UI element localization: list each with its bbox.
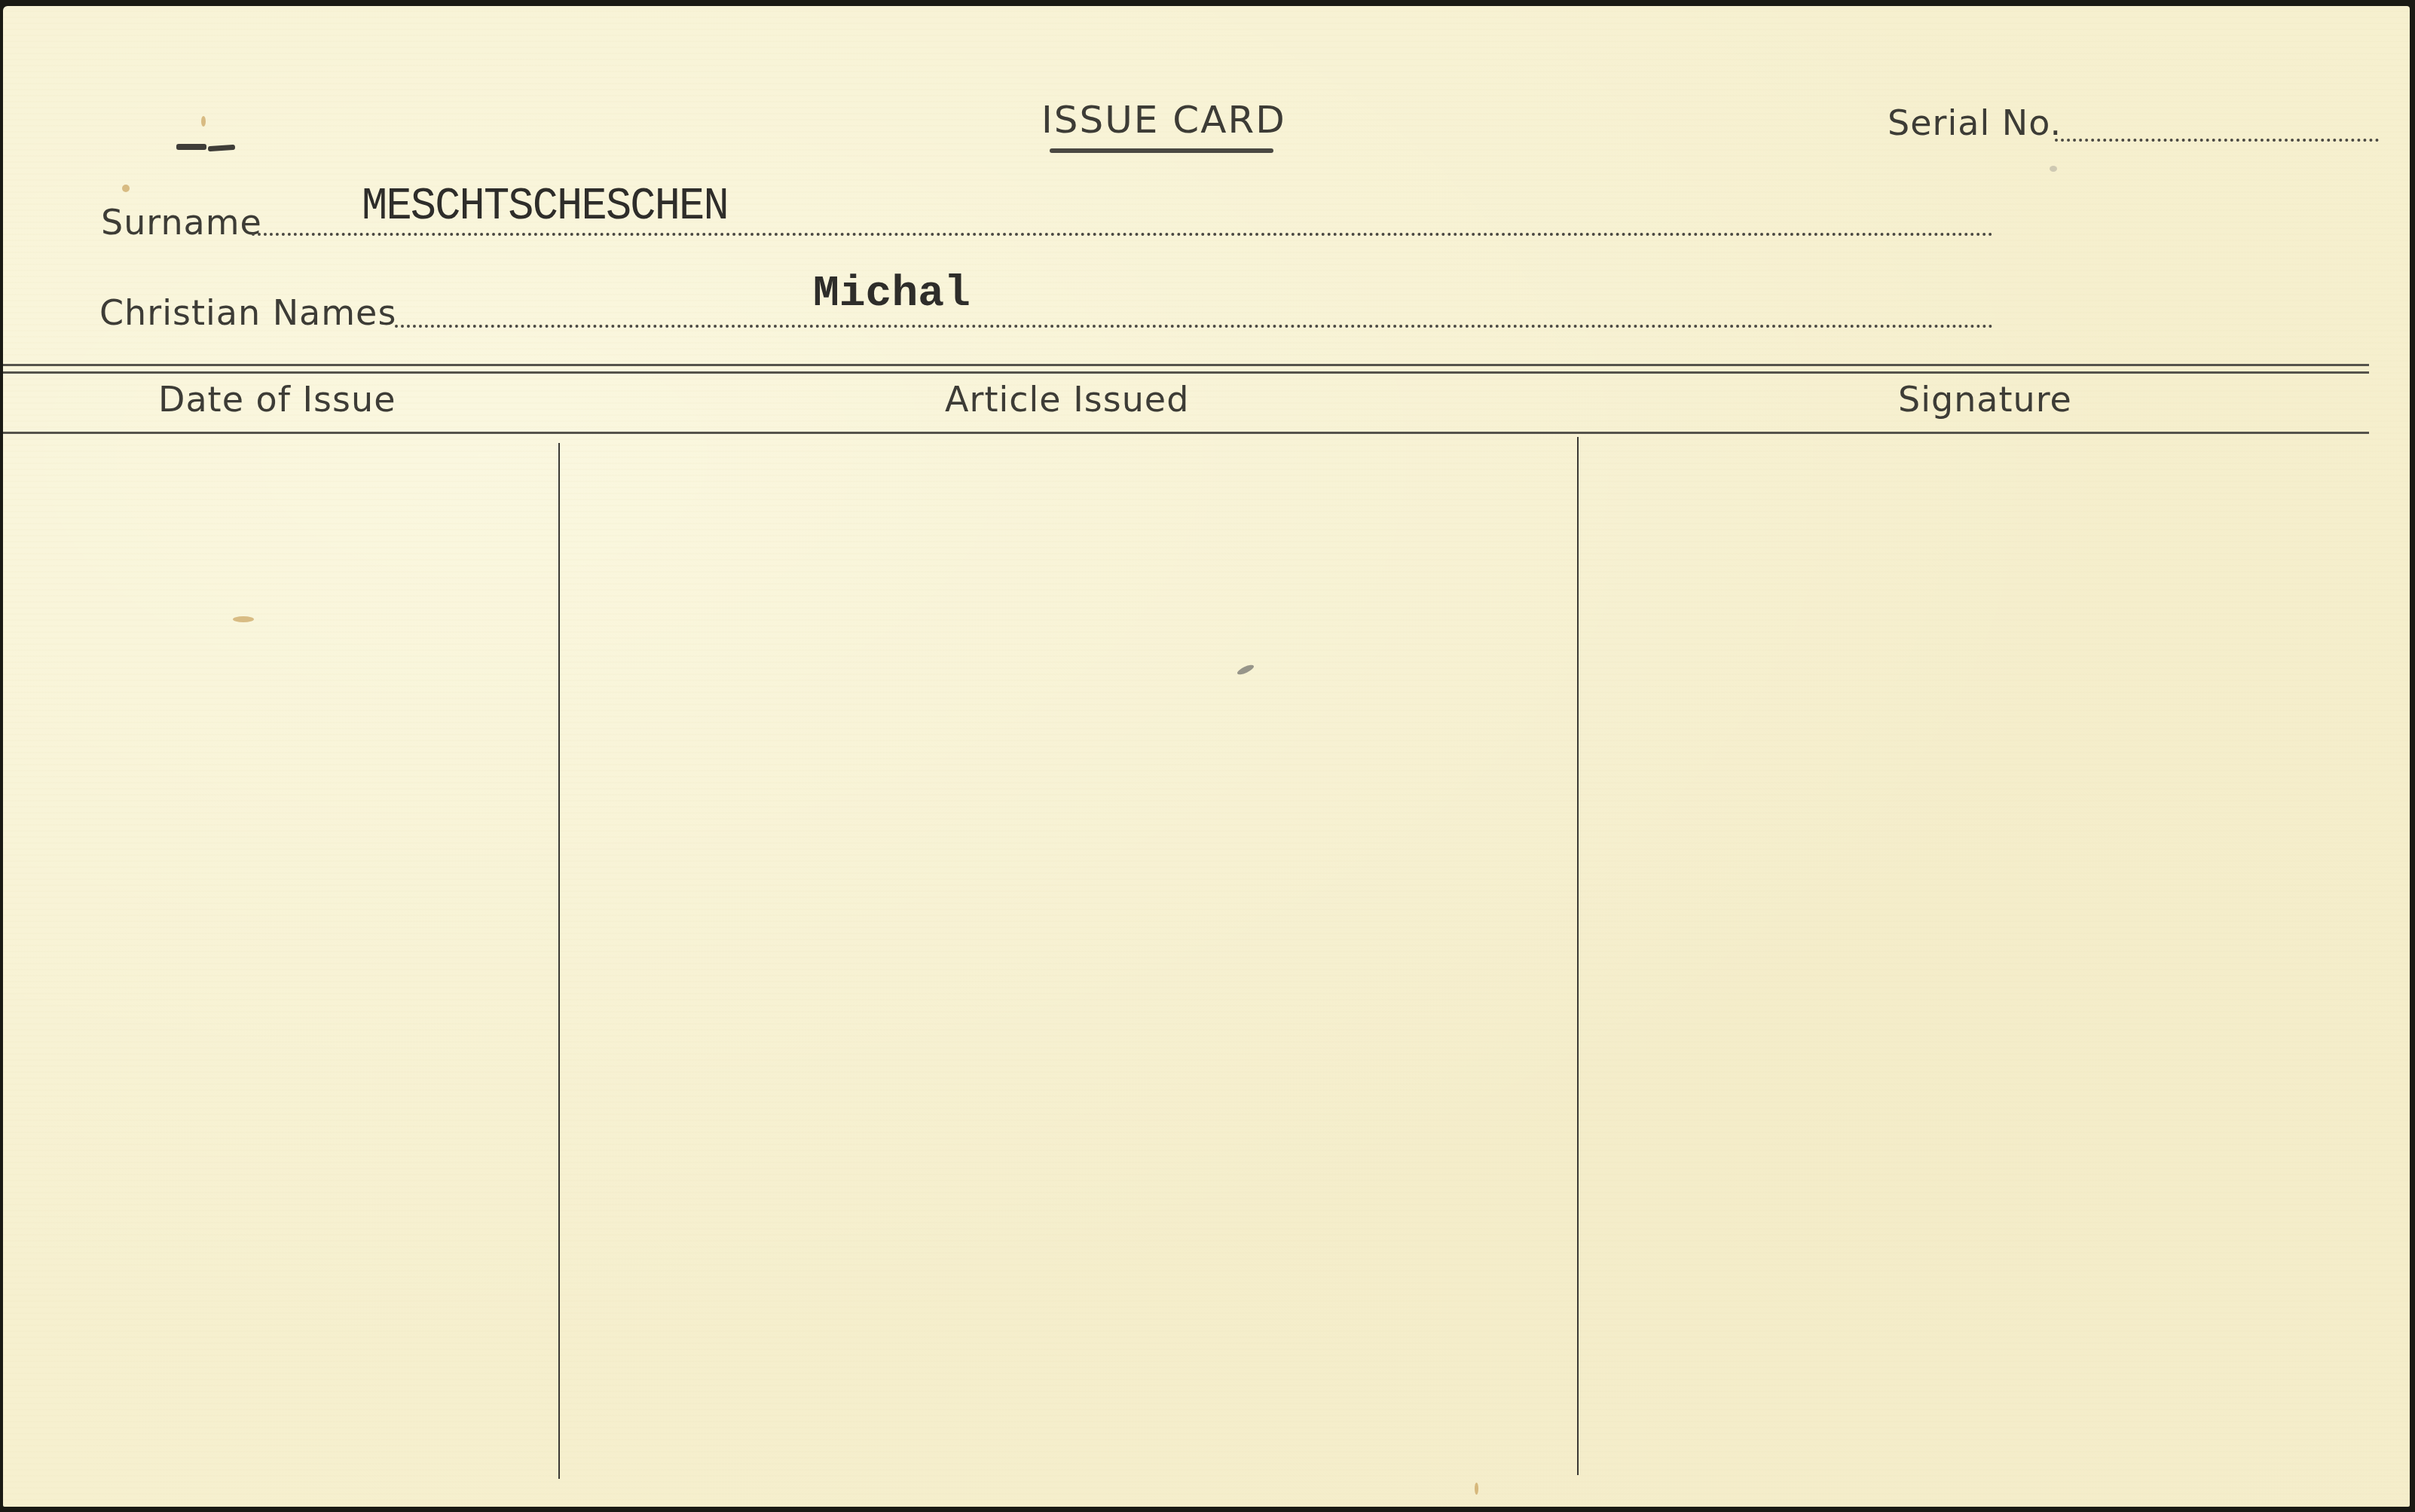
surname-value[interactable]: MESCHTSCHESCHEN (362, 179, 728, 233)
column-divider-2 (1577, 437, 1579, 1475)
column-divider-1 (558, 443, 560, 1479)
serial-line (2055, 139, 2379, 142)
column-header-signature: Signature (1898, 379, 2072, 420)
card-title: ISSUE CARD (1041, 98, 1286, 142)
date-of-issue-column-area[interactable] (3, 439, 557, 1479)
serial-label: Serial No. (1888, 102, 2062, 143)
column-header-rule (3, 432, 2369, 434)
rust-stain (122, 185, 130, 192)
ink-mark (176, 144, 206, 150)
article-issued-column-area[interactable] (561, 439, 1576, 1479)
ink-speck (2050, 166, 2057, 172)
christian-names-value[interactable]: Michal (813, 270, 971, 319)
header-rule-bottom (3, 371, 2369, 374)
header-rule-top (3, 364, 2369, 366)
surname-line (252, 233, 1994, 236)
christian-names-label: Christian Names (99, 292, 396, 333)
ink-mark (208, 145, 235, 151)
column-header-article-issued: Article Issued (945, 379, 1189, 420)
issue-card: ISSUE CARD Serial No. Surname MESCHTSCHE… (3, 6, 2410, 1507)
rust-stain (201, 116, 206, 127)
column-header-date-of-issue: Date of Issue (158, 379, 396, 420)
signature-column-area[interactable] (1580, 439, 2369, 1479)
title-underline (1050, 148, 1273, 153)
christian-names-line (395, 325, 1994, 328)
rust-stain (1475, 1483, 1478, 1495)
surname-label: Surname (101, 202, 262, 243)
